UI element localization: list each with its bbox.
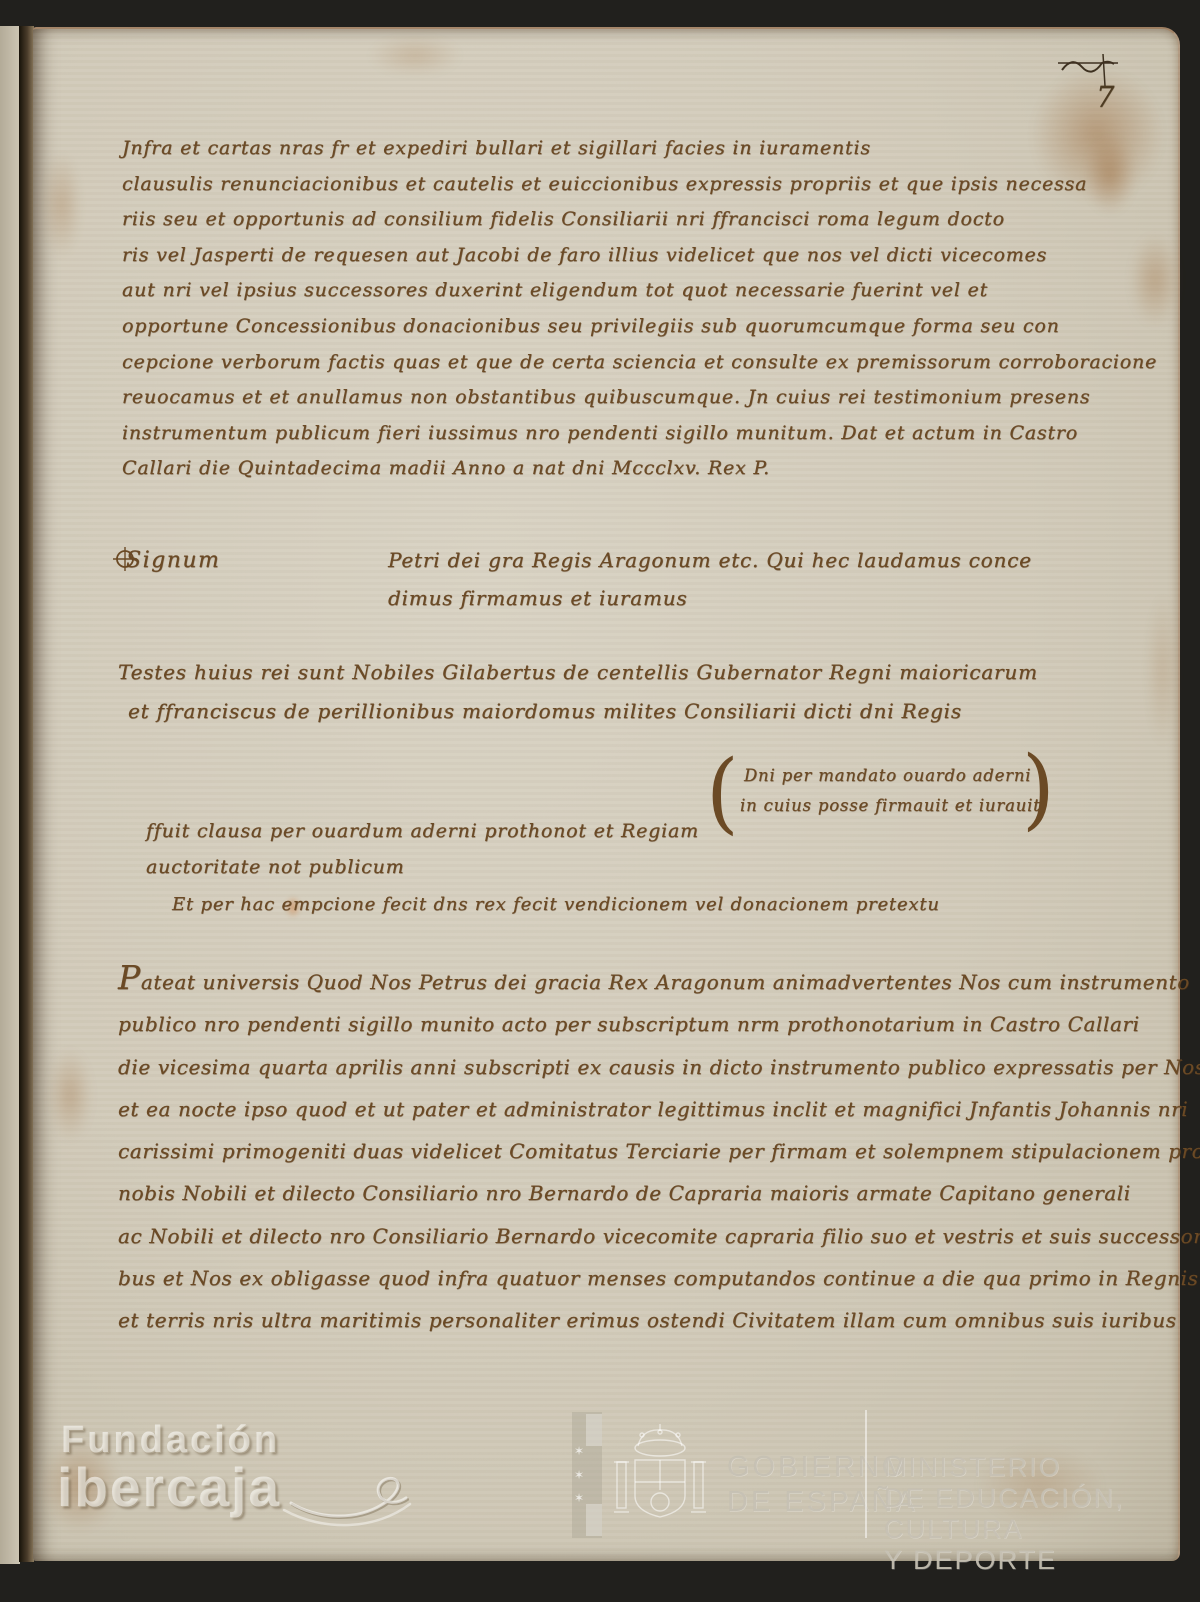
manuscript-line: die vicesima quarta aprilis anni subscri… xyxy=(118,1046,1200,1088)
previous-page-edge xyxy=(0,26,20,1564)
binding-gutter xyxy=(19,26,34,1562)
manuscript-line: instrumentum publicum fieri iussimus nro… xyxy=(122,416,1157,452)
stain xyxy=(40,1030,100,1160)
stain xyxy=(350,28,480,83)
flag-notch xyxy=(586,1414,602,1446)
manuscript-line: et ea nocte ipso quod et ut pater et adm… xyxy=(118,1088,1200,1130)
manuscript-line: riis seu et opportunis ad consilium fide… xyxy=(122,202,1157,238)
star-icon: ✶ xyxy=(574,1468,584,1482)
star-icon: ✶ xyxy=(574,1491,584,1505)
manuscript-line: Jnfra et cartas nras fr et expediri bull… xyxy=(122,131,1157,167)
manuscript-line: Pateat universis Quod Nos Petrus dei gra… xyxy=(118,957,1200,1003)
stain xyxy=(1140,560,1185,780)
closing-note-line: auctoritate not publicum xyxy=(146,856,404,878)
main-text-block-lower: Pateat universis Quod Nos Petrus dei gra… xyxy=(118,957,1200,1342)
manuscript-line: publico nro pendenti sigillo munito acto… xyxy=(118,1003,1200,1045)
marginal-note-line: in cuius posse firmauit et iurauit xyxy=(740,796,1041,815)
ministerio-line: Y DEPORTE xyxy=(884,1545,1200,1576)
manuscript-line: aut nri vel ipsius successores duxerint … xyxy=(122,273,1157,309)
manuscript-line: reuocamus et et anullamus non obstantibu… xyxy=(122,380,1157,416)
manuscript-line: opportune Concessionibus donacionibus se… xyxy=(122,309,1157,345)
folio-number: 7 xyxy=(1096,80,1114,114)
royal-subscription-line: Petri dei gra Regis Aragonum etc. Qui he… xyxy=(388,548,1032,572)
closing-note-line: ffuit clausa per ouardum aderni prothono… xyxy=(146,820,699,842)
manuscript-line: Callari die Quintadecima madii Anno a na… xyxy=(122,451,1157,487)
manuscript-line: nobis Nobili et dilecto Consiliario nro … xyxy=(118,1172,1200,1214)
watermark-divider xyxy=(865,1410,867,1538)
flag-notch xyxy=(586,1504,602,1536)
manuscript-line: clausulis renunciacionibus et cautelis e… xyxy=(122,167,1157,203)
ministerio-line: MINISTERIO xyxy=(884,1452,1200,1483)
manuscript-line: ac Nobili et dilecto nro Consiliario Ber… xyxy=(118,1215,1200,1257)
sale-note-line: Et per hac empcione fecit dns rex fecit … xyxy=(172,894,940,915)
manuscript-line: bus et Nos ex obligasse quod infra quatu… xyxy=(118,1257,1200,1299)
manuscript-line: ris vel Jasperti de requesen aut Jacobi … xyxy=(122,238,1157,274)
manuscript-line: carissimi primogeniti duas videlicet Com… xyxy=(118,1130,1200,1172)
stain xyxy=(34,130,89,280)
witness-line: Testes huius rei sunt Nobiles Gilabertus… xyxy=(118,660,1038,684)
manuscript-line: et terris nris ultra maritimis personali… xyxy=(118,1299,1200,1341)
signum-label: Signum xyxy=(126,548,220,573)
marginal-note-open-paren: ( xyxy=(706,748,739,836)
marginal-note-close-paren: ) xyxy=(1022,744,1055,832)
main-text-block-upper: Jnfra et cartas nras fr et expediri bull… xyxy=(122,131,1157,487)
ibercaja-logo-icon xyxy=(282,1446,422,1532)
royal-subscription-line: dimus firmamus et iuramus xyxy=(388,586,687,610)
ministerio-line: DE EDUCACIÓN, CULTURA xyxy=(884,1483,1200,1545)
witness-line: et ffranciscus de perillionibus maiordom… xyxy=(128,699,962,723)
watermark-ibercaja: ibercaja xyxy=(58,1456,282,1520)
spain-coat-of-arms-icon xyxy=(604,1424,716,1532)
flag-band-icon: ✶ ✶ ✶ xyxy=(572,1412,602,1538)
star-icon: ✶ xyxy=(574,1444,584,1458)
watermark-ministerio: MINISTERIO DE EDUCACIÓN, CULTURA Y DEPOR… xyxy=(884,1452,1200,1576)
manuscript-line: cepcione verborum factis quas et que de … xyxy=(122,345,1157,381)
marginal-note-line: Dni per mandato ouardo aderni xyxy=(744,766,1031,785)
manuscript-scan: 7 Jnfra et cartas nras fr et expediri bu… xyxy=(0,0,1200,1602)
